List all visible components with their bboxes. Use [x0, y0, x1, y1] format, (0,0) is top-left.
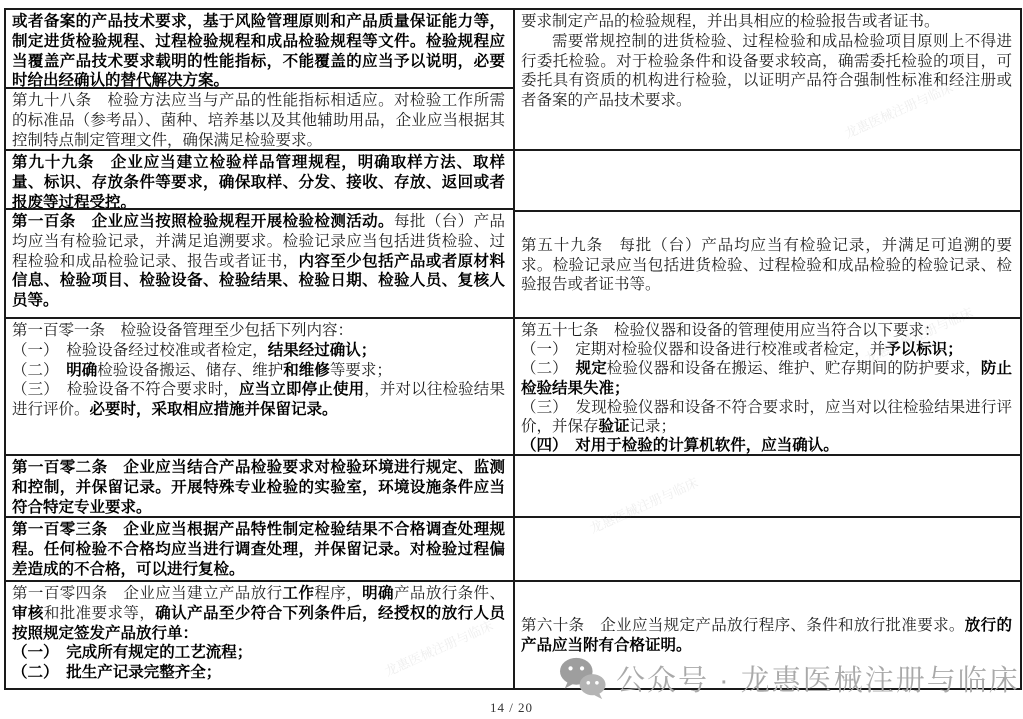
table-cell-left-4: 第一百条 企业应当按照检验规程开展检验检测活动。每批（台）产品均应当有检验记录，…	[6, 210, 513, 319]
paragraph: （二） 批生产记录完整齐全；	[12, 663, 505, 683]
text-run-bold: 应当立即停止使用	[239, 381, 364, 398]
paragraph: 第一百零二条 企业应当结合产品检验要求对检验环境进行规定、监测和控制，并保留记录…	[12, 458, 505, 517]
text-run: 需要常规控制的进货检验、过程检验和成品检验项目原则上不得进行委托检验。对于检验条…	[521, 33, 1012, 109]
text-run-bold: 第一百条 企业应当按照检验规程开展检验检测活动。	[12, 213, 394, 230]
text-run-bold: （二） 批生产记录完整齐全；	[12, 664, 221, 681]
table-column-right: 要求制定产品的检验规程，并出具相应的检验报告或者证书。需要常规控制的进货检验、过…	[513, 10, 1020, 688]
paragraph: （三） 发现检验仪器和设备不符合要求时，应当对以往检验结果进行评价，并保存验证记…	[521, 398, 1012, 436]
paragraph: （一） 检验设备经过校准或者检定，结果经过确认；	[12, 341, 505, 361]
text-run: 第六十条 企业应当规定产品放行程序、条件和放行批准要求。	[521, 617, 965, 634]
text-run-bold: 和维修	[283, 362, 330, 379]
paragraph: 第一百零四条 企业应当建立产品放行工作程序，明确产品放行条件、审核和批准要求等，…	[12, 584, 505, 643]
text-run-bold: 必要时，采取相应措施并保留记录。	[90, 401, 338, 418]
text-run: 产品放行条件、	[394, 585, 505, 602]
table-cell-right-2	[515, 151, 1020, 212]
text-run-bold: 或者备案的产品技术要求，基于风险管理原则和产品质量保证能力等，制定进货检验规程、…	[12, 13, 505, 89]
text-run: （二）	[12, 362, 66, 379]
text-run: 第五十九条 每批（台）产品均应当有检验记录，并满足可追溯的要求。检验记录应当包括…	[521, 237, 1012, 294]
text-run-bold: 验证	[599, 418, 630, 435]
text-run: 程序，	[314, 585, 362, 602]
text-run: 第一百零一条 检验设备管理至少包括下列内容：	[12, 322, 353, 339]
paragraph: 第五十七条 检验仪器和设备的管理使用应当符合以下要求：	[521, 321, 1012, 340]
table-cell-right-3: 第五十九条 每批（台）产品均应当有检验记录，并满足可追溯的要求。检验记录应当包括…	[515, 212, 1020, 319]
paragraph: （四） 对用于检验的计算机软件，应当确认。	[521, 436, 1012, 455]
text-run: 要求制定产品的检验规程，并出具相应的检验报告或者证书。	[521, 13, 940, 30]
paragraph: （二） 明确检验设备搬运、储存、维护和维修等要求；	[12, 361, 505, 381]
table-cell-left-1: 或者备案的产品技术要求，基于风险管理原则和产品质量保证能力等，制定进货检验规程、…	[6, 10, 513, 89]
paragraph: 第一百条 企业应当按照检验规程开展检验检测活动。每批（台）产品均应当有检验记录，…	[12, 212, 505, 311]
paragraph: （一） 完成所有规定的工艺流程；	[12, 643, 505, 663]
text-run: （二）	[521, 360, 576, 377]
text-run: 和批准要求等，	[44, 605, 155, 622]
table-cell-right-7: 第六十条 企业应当规定产品放行程序、条件和放行批准要求。放行的产品应当附有合格证…	[515, 582, 1020, 688]
text-run-bold: 第九十九条 企业应当建立检验样品管理规程，明确取样方法、取样量、标识、存放条件等…	[12, 154, 505, 210]
paragraph: （三） 检验设备不符合要求时，应当立即停止使用，并对以往检验结果进行评价。必要时…	[12, 380, 505, 420]
text-run-bold: 审核	[12, 605, 44, 622]
text-run: （三） 检验设备不符合要求时，	[12, 381, 239, 398]
text-run-bold: 结果经过确认；	[268, 342, 377, 359]
text-run-bold: 第一百零三条 企业应当根据产品特性制定检验结果不合格调查处理规程。任何检验不合格…	[12, 521, 505, 578]
paragraph: 第一百零一条 检验设备管理至少包括下列内容：	[12, 321, 505, 341]
text-run-bold: （一） 完成所有规定的工艺流程；	[12, 644, 252, 661]
text-run: 等要求；	[330, 362, 392, 379]
paragraph: 要求制定产品的检验规程，并出具相应的检验报告或者证书。	[521, 12, 1012, 32]
text-run: 检验设备搬运、储存、维护	[97, 362, 283, 379]
text-run-bold: 工作	[283, 585, 315, 602]
table-cell-left-6: 第一百零二条 企业应当结合产品检验要求对检验环境进行规定、监测和控制，并保留记录…	[6, 456, 513, 518]
paragraph: 第五十九条 每批（台）产品均应当有检验记录，并满足可追溯的要求。检验记录应当包括…	[521, 236, 1012, 295]
paragraph: 或者备案的产品技术要求，基于风险管理原则和产品质量保证能力等，制定进货检验规程、…	[12, 12, 505, 89]
text-run-bold: （四） 对用于检验的计算机软件，应当确认。	[521, 437, 839, 454]
text-run: 第九十八条 检验方法应当与产品的性能指标相适应。对检验工作所需的标准品（参考品）…	[12, 92, 505, 149]
table-cell-left-3: 第九十九条 企业应当建立检验样品管理规程，明确取样方法、取样量、标识、存放条件等…	[6, 151, 513, 210]
regulation-comparison-table: 或者备案的产品技术要求，基于风险管理原则和产品质量保证能力等，制定进货检验规程、…	[4, 8, 1022, 690]
table-cell-left-7: 第一百零三条 企业应当根据产品特性制定检验结果不合格调查处理规程。任何检验不合格…	[6, 518, 513, 582]
text-run: （一） 检验设备经过校准或者检定，	[12, 342, 268, 359]
paragraph: 需要常规控制的进货检验、过程检验和成品检验项目原则上不得进行委托检验。对于检验条…	[521, 32, 1012, 111]
text-run-bold: 明确	[66, 362, 97, 379]
text-run: 检验仪器和设备在搬运、维护、贮存期间的防护要求，	[607, 360, 981, 377]
text-run-bold: 第一百零二条 企业应当结合产品检验要求对检验环境进行规定、监测和控制，并保留记录…	[12, 459, 505, 516]
table-column-left: 或者备案的产品技术要求，基于风险管理原则和产品质量保证能力等，制定进货检验规程、…	[6, 10, 513, 688]
paragraph: 第九十九条 企业应当建立检验样品管理规程，明确取样方法、取样量、标识、存放条件等…	[12, 153, 505, 210]
paragraph: 第九十八条 检验方法应当与产品的性能指标相适应。对检验工作所需的标准品（参考品）…	[12, 91, 505, 150]
table-cell-right-1: 要求制定产品的检验规程，并出具相应的检验报告或者证书。需要常规控制的进货检验、过…	[515, 10, 1020, 151]
paragraph: （一） 定期对检验仪器和设备进行校准或者检定，并予以标识；	[521, 340, 1012, 359]
table-cell-left-2: 第九十八条 检验方法应当与产品的性能指标相适应。对检验工作所需的标准品（参考品）…	[6, 89, 513, 151]
table-cell-right-6	[515, 518, 1020, 582]
text-run: （一） 定期对检验仪器和设备进行校准或者检定，并	[521, 341, 885, 358]
page-number: 14 / 20	[0, 700, 1023, 716]
table-cell-left-8: 第一百零四条 企业应当建立产品放行工作程序，明确产品放行条件、审核和批准要求等，…	[6, 582, 513, 688]
paragraph: 第六十条 企业应当规定产品放行程序、条件和放行批准要求。放行的产品应当附有合格证…	[521, 616, 1012, 656]
text-run: 记录；	[630, 418, 677, 435]
text-run-bold: 明确	[362, 585, 394, 602]
table-cell-right-5	[515, 456, 1020, 518]
paragraph: 第一百零三条 企业应当根据产品特性制定检验结果不合格调查处理规程。任何检验不合格…	[12, 520, 505, 579]
text-run: 第一百零四条 企业应当建立产品放行	[12, 585, 283, 602]
paragraph: （二） 规定检验仪器和设备在搬运、维护、贮存期间的防护要求，防止检验结果失准；	[521, 359, 1012, 397]
text-run-bold: 规定	[576, 360, 607, 377]
text-run-bold: 予以标识；	[885, 341, 963, 358]
table-cell-right-4: 第五十七条 检验仪器和设备的管理使用应当符合以下要求：（一） 定期对检验仪器和设…	[515, 319, 1020, 456]
text-run: 第五十七条 检验仪器和设备的管理使用应当符合以下要求：	[521, 322, 940, 339]
table-cell-left-5: 第一百零一条 检验设备管理至少包括下列内容：（一） 检验设备经过校准或者检定，结…	[6, 319, 513, 456]
text-run: （三） 发现检验仪器和设备不符合要求时，应当对以往检验结果进行评价，并保存	[521, 399, 1012, 435]
